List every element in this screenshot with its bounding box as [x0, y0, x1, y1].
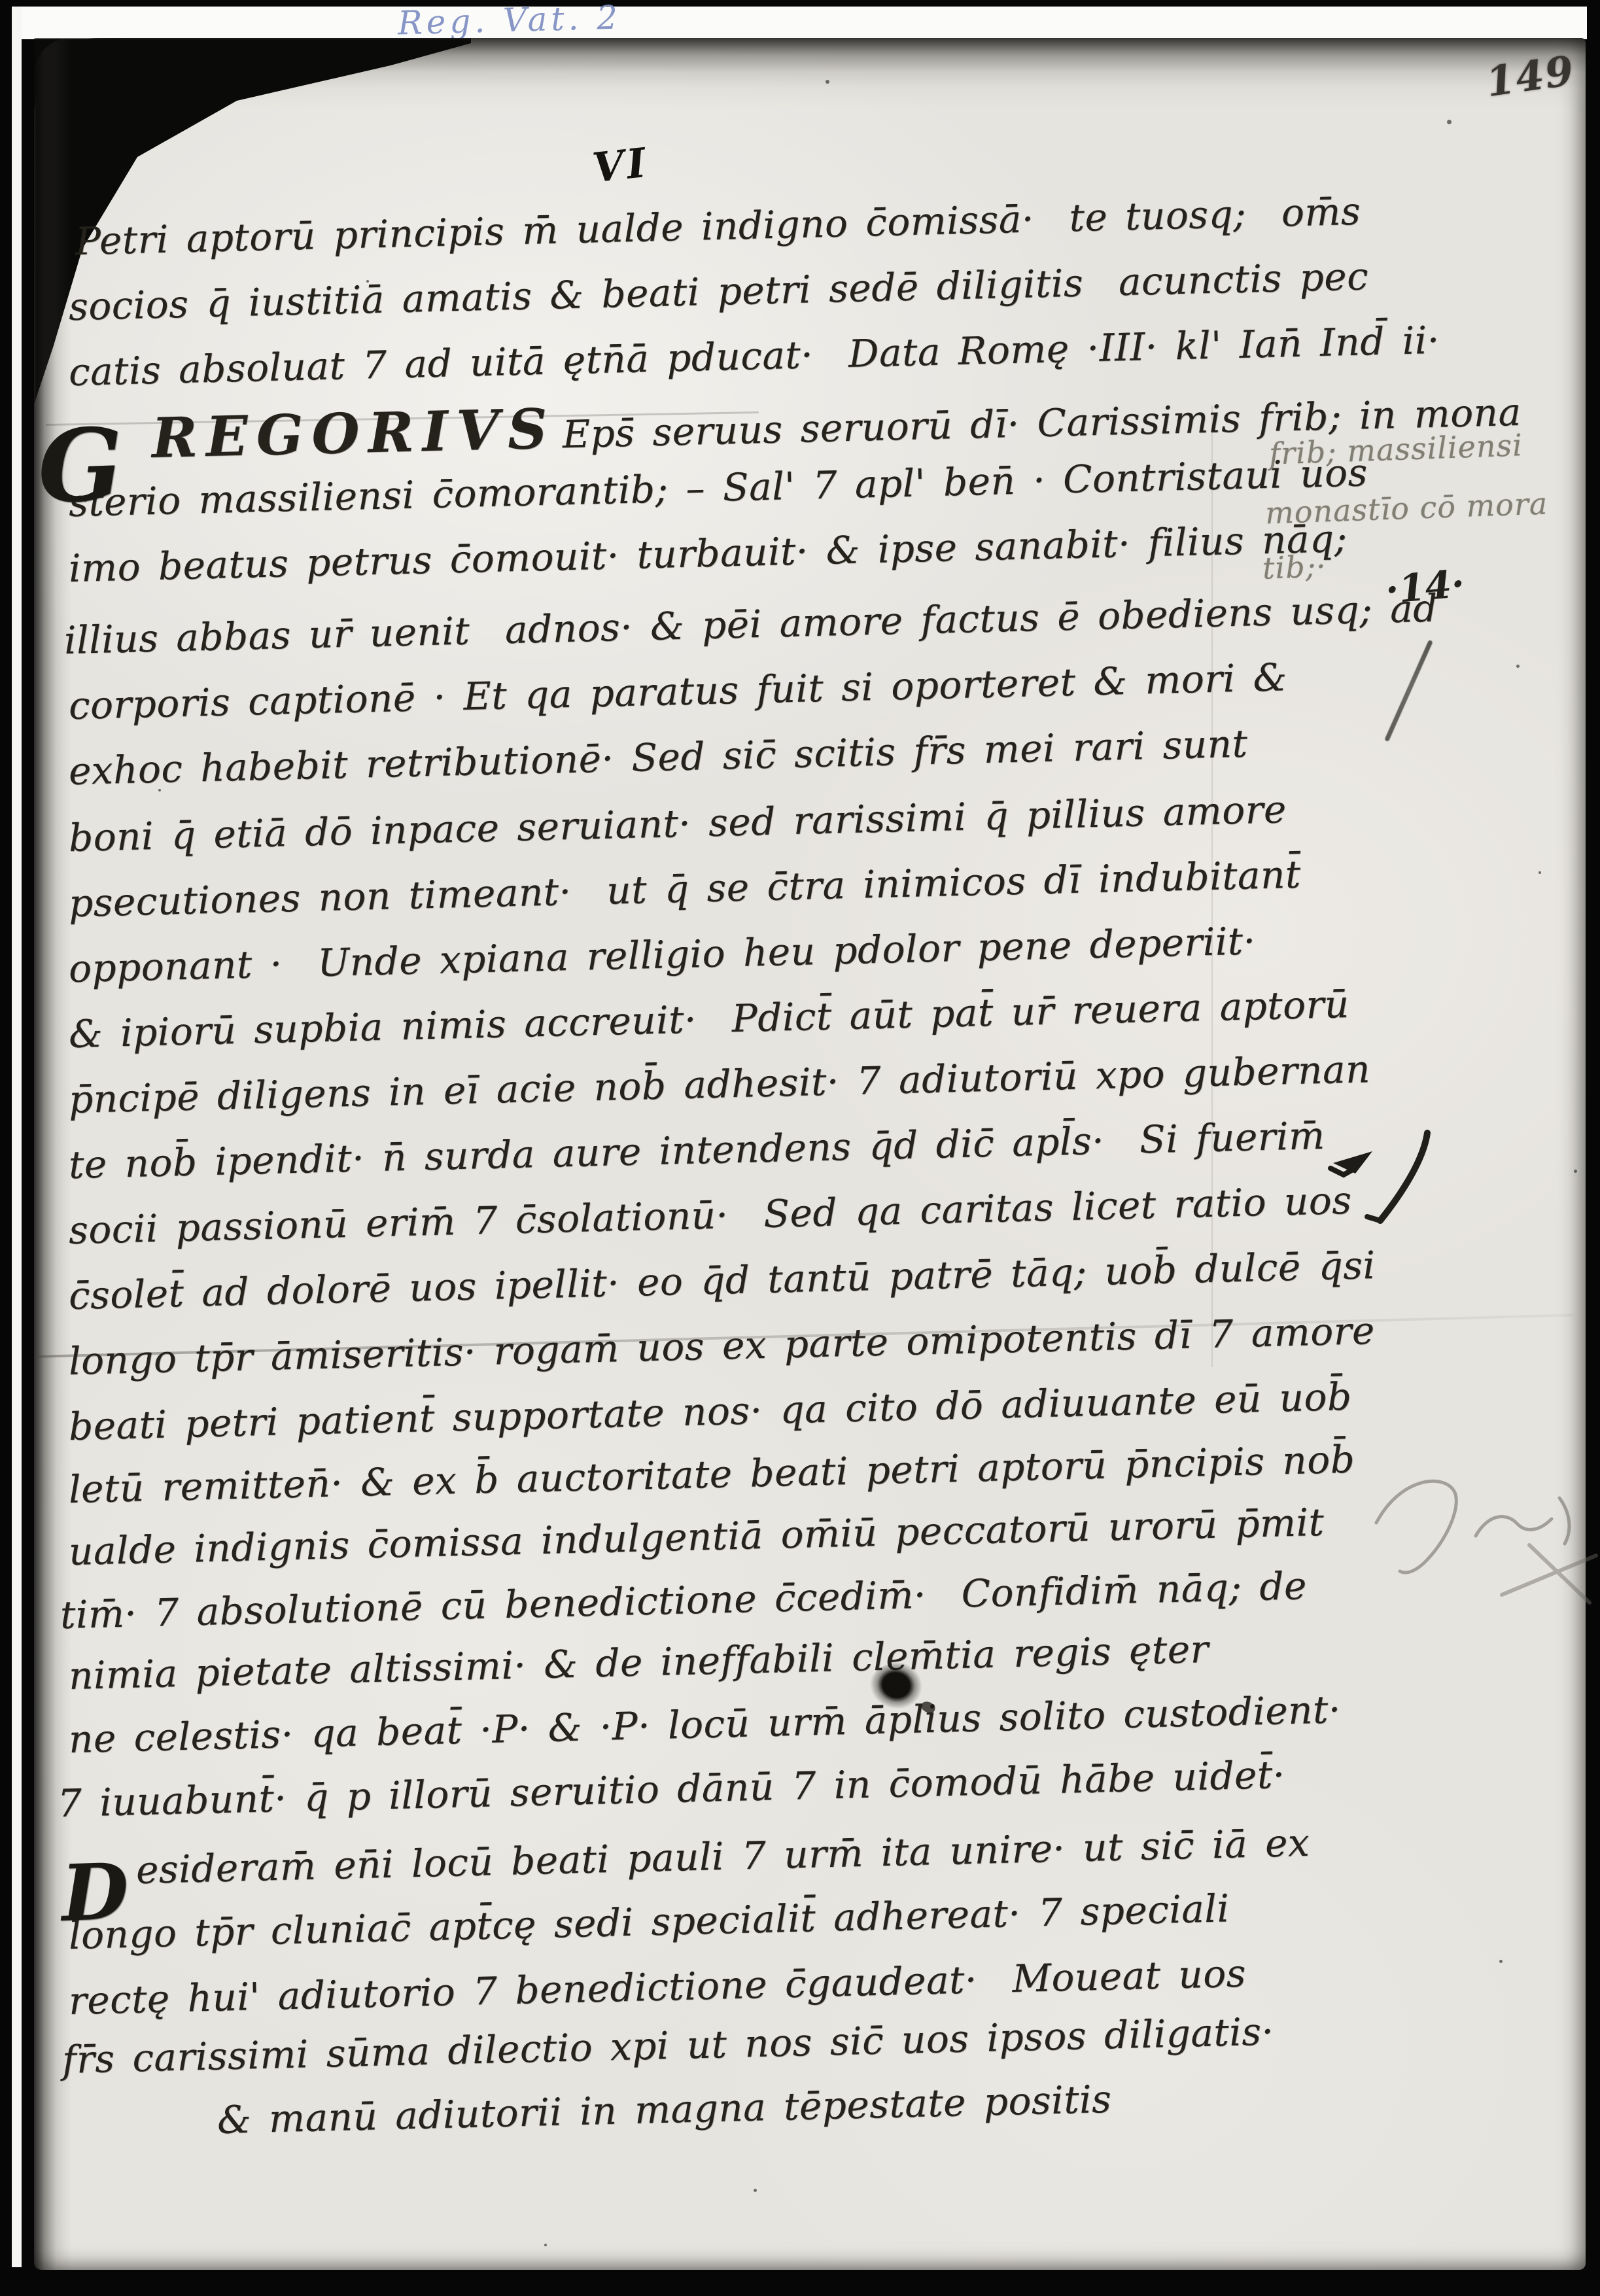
dust-speck [1516, 665, 1520, 668]
archive-annotation: Reg. Vat. 2 [397, 1, 621, 40]
initial-g: G [36, 415, 124, 517]
margin-note-line: frib; massiliensi [1268, 430, 1523, 469]
mount-strip-left [12, 7, 22, 2267]
margin-letter-number: ·14· [1384, 565, 1467, 609]
dust-speck [826, 80, 829, 84]
mount-strip-top [12, 7, 1587, 39]
margin-scribble [1342, 1460, 1600, 1614]
margin-note-line: monastīo cō mora [1264, 488, 1548, 528]
dust-speck [544, 2244, 547, 2246]
dust-speck [1574, 1170, 1577, 1173]
manuscript-photo: Reg. Vat. 2 149 VI Petri aptorū principi… [0, 0, 1600, 2296]
dust-speck [158, 789, 161, 791]
dust-speck [1539, 871, 1541, 874]
dust-speck [1447, 120, 1452, 124]
margin-nota-mark [1330, 1129, 1445, 1244]
dust-speck [366, 280, 369, 283]
dust-speck [754, 2189, 757, 2192]
margin-note-line: tib;· [1262, 551, 1327, 583]
dust-speck [1499, 1960, 1503, 1963]
quire-mark: VI [591, 143, 650, 189]
folio-number: 149 [1484, 50, 1577, 103]
initial-d: D [60, 1852, 130, 1932]
heading-caps: REGORIVS [151, 396, 557, 470]
